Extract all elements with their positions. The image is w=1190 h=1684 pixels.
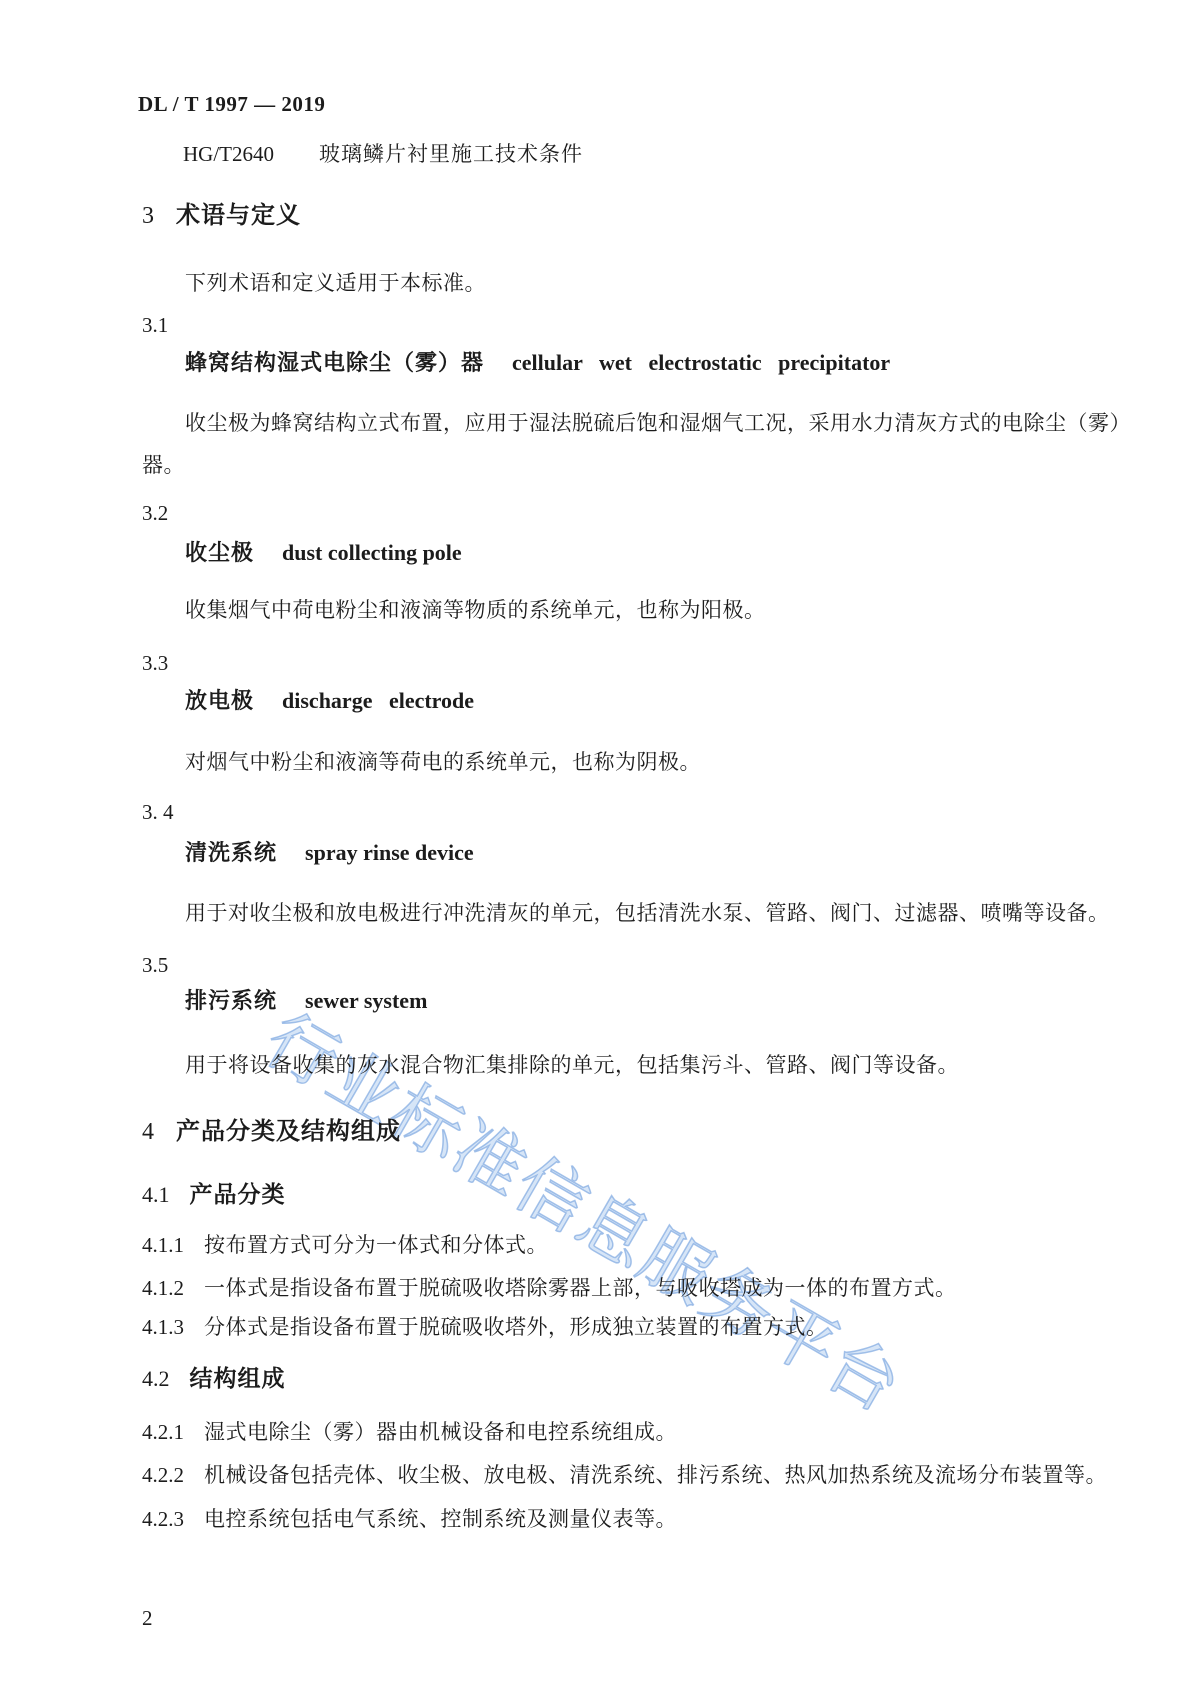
term-definition-3-3: 对烟气中粉尘和液滴等荷电的系统单元，也称为阴极。 [185,750,701,775]
section4-title: 产品分类及结构组成 [176,1118,401,1145]
clause-4-1-2-text: 一体式是指设备布置于脱硫吸收塔除雾器上部，与吸收塔成为一体的布置方式。 [204,1276,957,1300]
reference-entry: HG/T2640玻璃鳞片衬里施工技术条件 [183,142,583,167]
term-zh-3-5: 排污系统 [185,988,277,1013]
clause-4-2-3-text: 电控系统包括电气系统、控制系统及测量仪表等。 [204,1507,677,1531]
term-en-3-1: cellular wet electrostatic precipitator [512,350,890,375]
term-title-3-5: 排污系统sewer system [185,988,427,1014]
section3-intro: 下列术语和定义适用于本标准。 [185,271,486,296]
subsection-4-1-title: 产品分类 [190,1181,286,1207]
term-definition-3-2: 收集烟气中荷电粉尘和液滴等物质的系统单元，也称为阳极。 [185,598,766,623]
term-definition-3-5: 用于将设备收集的灰水混合物汇集排除的单元，包括集污斗、管路、阀门等设备。 [185,1053,959,1078]
clause-4-1-3: 4.1.3分体式是指设备布置于脱硫吸收塔外，形成独立装置的布置方式。 [142,1315,828,1340]
clause-4-2-1-text: 湿式电除尘（雾）器由机械设备和电控系统组成。 [204,1420,677,1444]
section3-heading: 3术语与定义 [142,202,301,231]
clause-4-1-1-number: 4.1.1 [142,1233,184,1257]
term-definition-3-4: 用于对收尘极和放电极进行冲洗清灰的单元，包括清洗水泵、管路、阀门、过滤器、喷嘴等… [185,901,1110,926]
term-title-3-4: 清洗系统spray rinse device [185,840,474,866]
term-number-3-2: 3.2 [142,501,168,526]
clause-4-2-1-number: 4.2.1 [142,1420,184,1444]
clause-4-2-3: 4.2.3电控系统包括电气系统、控制系统及测量仪表等。 [142,1507,677,1532]
section3-number: 3 [142,203,154,229]
term-definition-3-1-cont: 器。 [142,453,185,478]
term-number-3-5: 3.5 [142,953,168,978]
clause-4-1-3-number: 4.1.3 [142,1315,184,1339]
term-zh-3-1: 蜂窝结构湿式电除尘（雾）器 [185,350,484,375]
subsection-4-2-title: 结构组成 [190,1365,286,1391]
clause-4-2-1: 4.2.1湿式电除尘（雾）器由机械设备和电控系统组成。 [142,1420,677,1445]
term-zh-3-4: 清洗系统 [185,840,277,865]
clause-4-1-1: 4.1.1按布置方式可分为一体式和分体式。 [142,1233,548,1258]
subsection-4-1-heading: 4.1产品分类 [142,1181,286,1209]
term-en-3-3: discharge electrode [282,688,474,713]
subsection-4-1-number: 4.1 [142,1182,170,1207]
term-number-3-1: 3.1 [142,313,168,338]
term-zh-3-2: 收尘极 [185,540,254,565]
section4-heading: 4产品分类及结构组成 [142,1118,401,1147]
clause-4-2-2: 4.2.2机械设备包括壳体、收尘极、放电极、清洗系统、排污系统、热风加热系统及流… [142,1463,1107,1488]
clause-4-1-2-number: 4.1.2 [142,1276,184,1300]
term-number-3-4: 3. 4 [142,800,174,825]
term-en-3-2: dust collecting pole [282,540,462,565]
term-definition-3-1: 收尘极为蜂窝结构立式布置，应用于湿法脱硫后饱和湿烟气工况，采用水力清灰方式的电除… [185,411,1131,436]
reference-title: 玻璃鳞片衬里施工技术条件 [319,142,583,166]
term-en-3-4: spray rinse device [305,840,474,865]
section4-number: 4 [142,1119,154,1145]
term-title-3-2: 收尘极dust collecting pole [185,540,462,566]
clause-4-1-3-text: 分体式是指设备布置于脱硫吸收塔外，形成独立装置的布置方式。 [204,1315,828,1339]
term-title-3-1: 蜂窝结构湿式电除尘（雾）器cellular wet electrostatic … [185,350,890,376]
clause-4-1-1-text: 按布置方式可分为一体式和分体式。 [204,1233,548,1257]
term-zh-3-3: 放电极 [185,688,254,713]
term-number-3-3: 3.3 [142,651,168,676]
section3-title: 术语与定义 [176,202,301,229]
clause-4-1-2: 4.1.2一体式是指设备布置于脱硫吸收塔除雾器上部，与吸收塔成为一体的布置方式。 [142,1276,957,1301]
reference-code: HG/T2640 [183,142,274,166]
subsection-4-2-heading: 4.2结构组成 [142,1365,286,1393]
term-title-3-3: 放电极discharge electrode [185,688,474,714]
standard-code: DL / T 1997 — 2019 [138,92,325,117]
clause-4-2-3-number: 4.2.3 [142,1507,184,1531]
term-en-3-5: sewer system [305,988,427,1013]
document-page: 行业标准信息服务平台 DL / T 1997 — 2019 HG/T2640玻璃… [0,0,1190,1684]
clause-4-2-2-number: 4.2.2 [142,1463,184,1487]
clause-4-2-2-text: 机械设备包括壳体、收尘极、放电极、清洗系统、排污系统、热风加热系统及流场分布装置… [204,1463,1107,1487]
subsection-4-2-number: 4.2 [142,1366,170,1391]
page-number: 2 [142,1606,153,1631]
